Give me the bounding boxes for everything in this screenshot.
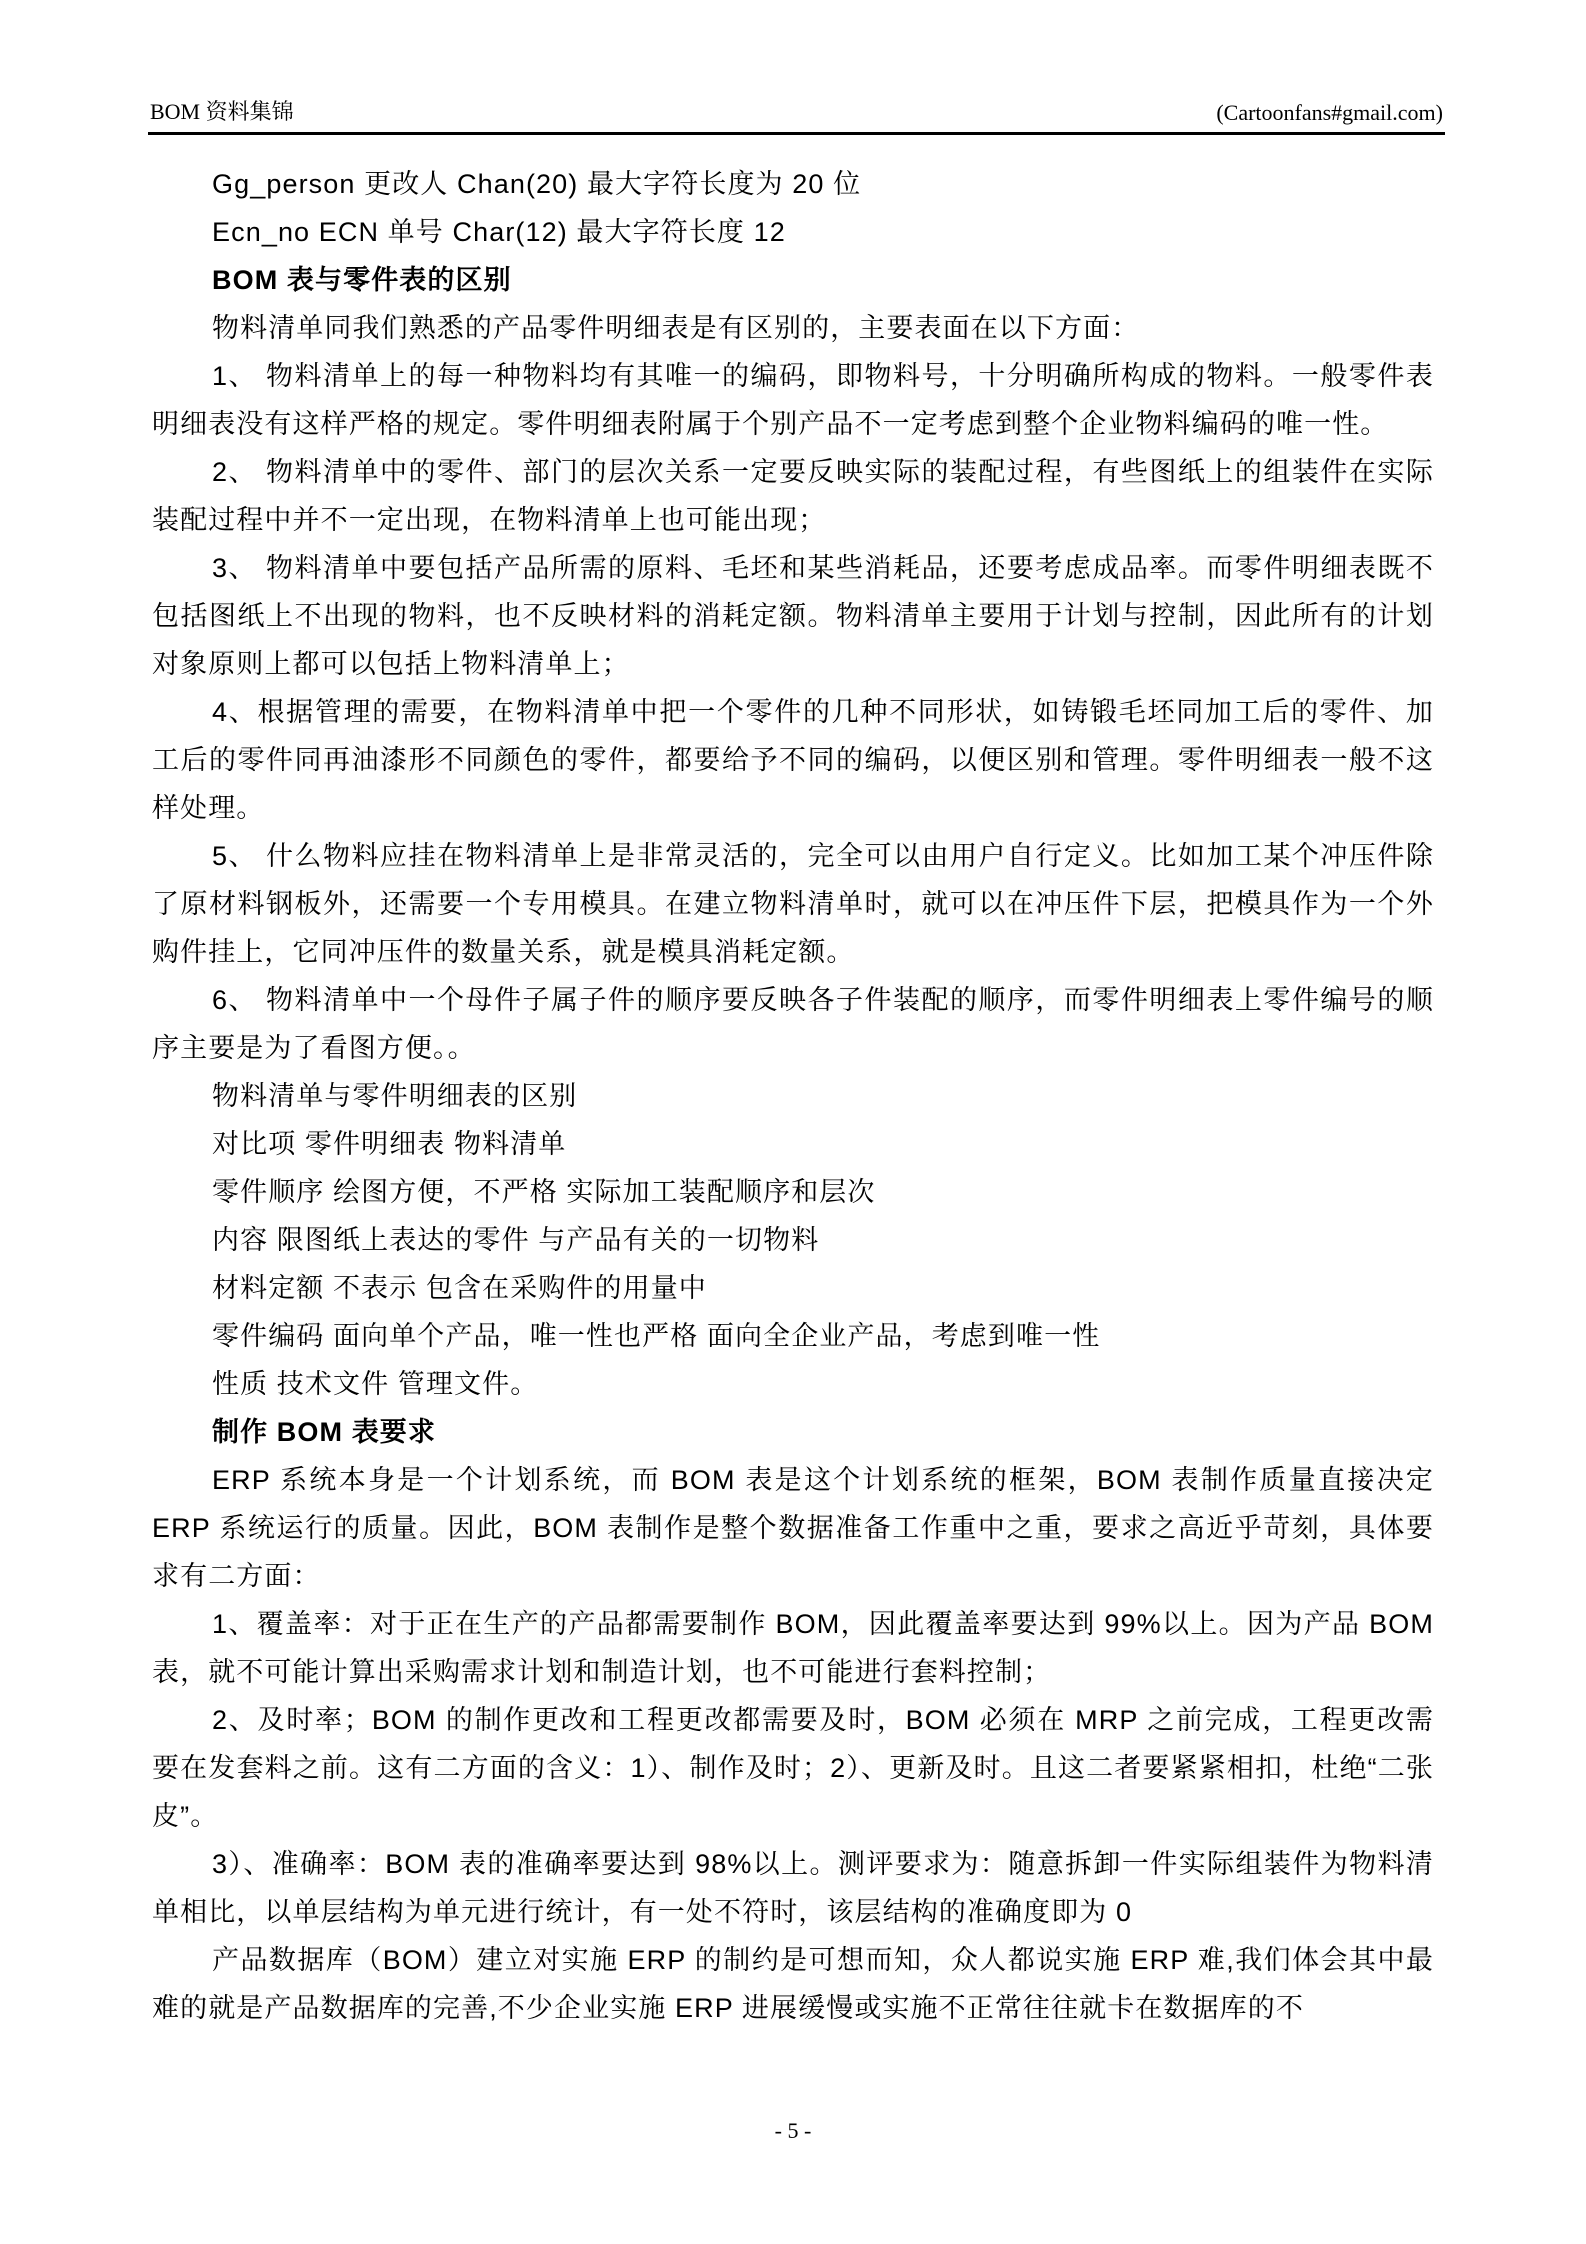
paragraph-coverage-rate: 1、覆盖率：对于正在生产的产品都需要制作 BOM，因此覆盖率要达到 99%以上。… — [152, 1600, 1434, 1696]
paragraph-accuracy-rate: 3）、准确率：BOM 表的准确率要达到 98%以上。测评要求为：随意拆卸一件实际… — [152, 1840, 1434, 1936]
paragraph-erp-intro: ERP 系统本身是一个计划系统，而 BOM 表是这个计划系统的框架，BOM 表制… — [152, 1456, 1434, 1600]
comparison-row-header: 对比项 零件明细表 物料清单 — [152, 1120, 1434, 1168]
paragraph-point-5: 5、 什么物料应挂在物料清单上是非常灵活的，完全可以由用户自行定义。比如加工某个… — [152, 832, 1434, 976]
document-title: BOM 资料集锦 — [150, 95, 294, 126]
document-body: Gg_person 更改人 Chan(20) 最大字符长度为 20 位 Ecn_… — [152, 160, 1434, 2032]
page-header: BOM 资料集锦 (Cartoonfans#gmail.com) — [148, 98, 1445, 135]
paragraph-product-database: 产品数据库（BOM）建立对实施 ERP 的制约是可想而知，众人都说实施 ERP … — [152, 1936, 1434, 2032]
comparison-row-content: 内容 限图纸上表达的零件 与产品有关的一切物料 — [152, 1216, 1434, 1264]
contact-email: (Cartoonfans#gmail.com) — [1216, 100, 1443, 126]
page-number: - 5 - — [0, 2118, 1586, 2144]
comparison-row-part-coding: 零件编码 面向单个产品，唯一性也严格 面向全企业产品，考虑到唯一性 — [152, 1312, 1434, 1360]
comparison-row-order: 零件顺序 绘图方便，不严格 实际加工装配顺序和层次 — [152, 1168, 1434, 1216]
section-heading-bom-vs-parts: BOM 表与零件表的区别 — [152, 256, 1434, 304]
paragraph-point-2: 2、 物料清单中的零件、部门的层次关系一定要反映实际的装配过程，有些图纸上的组装… — [152, 448, 1434, 544]
paragraph-timeliness-rate: 2、及时率；BOM 的制作更改和工程更改都需要及时，BOM 必须在 MRP 之前… — [152, 1696, 1434, 1840]
comparison-row-material-quota: 材料定额 不表示 包含在采购件的用量中 — [152, 1264, 1434, 1312]
paragraph-intro: 物料清单同我们熟悉的产品零件明细表是有区别的，主要表面在以下方面： — [152, 304, 1434, 352]
section-heading-bom-requirements: 制作 BOM 表要求 — [152, 1408, 1434, 1456]
paragraph-point-6: 6、 物料清单中一个母件子属子件的顺序要反映各子件装配的顺序，而零件明细表上零件… — [152, 976, 1434, 1072]
comparison-title: 物料清单与零件明细表的区别 — [152, 1072, 1434, 1120]
comparison-row-nature: 性质 技术文件 管理文件。 — [152, 1360, 1434, 1408]
paragraph-point-1: 1、 物料清单上的每一种物料均有其唯一的编码，即物料号，十分明确所构成的物料。一… — [152, 352, 1434, 448]
paragraph-point-3: 3、 物料清单中要包括产品所需的原料、毛坯和某些消耗品，还要考虑成品率。而零件明… — [152, 544, 1434, 688]
paragraph-point-4: 4、根据管理的需要，在物料清单中把一个零件的几种不同形状，如铸锻毛坯同加工后的零… — [152, 688, 1434, 832]
field-definition-gg-person: Gg_person 更改人 Chan(20) 最大字符长度为 20 位 — [152, 160, 1434, 208]
field-definition-ecn-no: Ecn_no ECN 单号 Char(12) 最大字符长度 12 — [152, 208, 1434, 256]
